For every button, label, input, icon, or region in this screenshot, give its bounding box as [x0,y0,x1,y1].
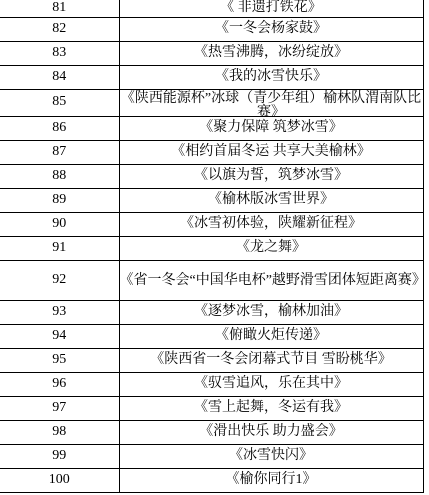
table-row: 91 《龙之舞》 [0,236,423,260]
row-title: 《省一冬会“中国华电杯”越野滑雪团体短距离赛》 [119,260,423,300]
row-title: 《榆你同行1》 [119,468,423,492]
row-number: 99 [0,444,119,468]
clipped-title-text: 《陕西能源杯”冰球（青少年组）榆林队渭南队比赛》 [120,90,423,116]
row-number: 91 [0,236,119,260]
row-number: 87 [0,140,119,164]
table-row: 96 《驭雪追风，乐在其中》 [0,372,423,396]
row-title: 《陕西省一冬会闭幕式节目 雪盼桃华》 [119,348,423,372]
table-row: 95 《陕西省一冬会闭幕式节目 雪盼桃华》 [0,348,423,372]
table-row: 88 《以旗为誓，筑梦冰雪》 [0,164,423,188]
row-title: 《逐梦冰雪，榆林加油》 [119,300,423,324]
table-row: 84 《我的冰雪快乐》 [0,65,423,89]
table-row: 87 《相约首届冬运 共享大美榆林》 [0,140,423,164]
row-number: 93 [0,300,119,324]
table-row: 100 《榆你同行1》 [0,468,423,492]
row-number: 81 [0,0,119,17]
row-title: 《相约首届冬运 共享大美榆林》 [119,140,423,164]
row-title: 《榆林版冰雪世界》 [119,188,423,212]
row-number: 83 [0,41,119,65]
table-row: 83 《热雪沸腾，冰纷绽放》 [0,41,423,65]
row-title: 《驭雪追风，乐在其中》 [119,372,423,396]
table-row: 97 《雪上起舞，冬运有我》 [0,396,423,420]
table-row: 89 《榆林版冰雪世界》 [0,188,423,212]
row-number: 89 [0,188,119,212]
row-title: 《热雪沸腾，冰纷绽放》 [119,41,423,65]
row-number: 100 [0,468,119,492]
row-number: 82 [0,17,119,41]
row-number: 90 [0,212,119,236]
row-number: 86 [0,116,119,140]
table-row: 81 《 非遗打铁花》 [0,0,423,17]
titles-table: 81 《 非遗打铁花》 82 《一冬会杨家鼓》 83 《热雪沸腾，冰纷绽放》 8… [0,0,424,493]
table-row: 94 《俯瞰火炬传递》 [0,324,423,348]
row-title: 《 非遗打铁花》 [119,0,423,17]
row-number: 97 [0,396,119,420]
row-number: 94 [0,324,119,348]
table-row: 92 《省一冬会“中国华电杯”越野滑雪团体短距离赛》 [0,260,423,300]
table-row: 90 《冰雪初体验，陕耀新征程》 [0,212,423,236]
row-title: 《龙之舞》 [119,236,423,260]
row-title: 《以旗为誓，筑梦冰雪》 [119,164,423,188]
row-title: 《俯瞰火炬传递》 [119,324,423,348]
table-row: 85 《陕西能源杯”冰球（青少年组）榆林队渭南队比赛》 [0,89,423,116]
row-number: 96 [0,372,119,396]
row-number: 95 [0,348,119,372]
row-number: 85 [0,89,119,116]
row-title: 《雪上起舞，冬运有我》 [119,396,423,420]
table-row: 99 《冰雪快闪》 [0,444,423,468]
row-title: 《陕西能源杯”冰球（青少年组）榆林队渭南队比赛》 [119,89,423,116]
row-title: 《冰雪快闪》 [119,444,423,468]
row-number: 88 [0,164,119,188]
table-row: 86 《聚力保障 筑梦冰雪》 [0,116,423,140]
row-number: 92 [0,260,119,300]
row-title: 《我的冰雪快乐》 [119,65,423,89]
table-row: 93 《逐梦冰雪，榆林加油》 [0,300,423,324]
row-number: 84 [0,65,119,89]
row-title: 《滑出快乐 助力盛会》 [119,420,423,444]
row-number: 98 [0,420,119,444]
row-title: 《聚力保障 筑梦冰雪》 [119,116,423,140]
row-title: 《一冬会杨家鼓》 [119,17,423,41]
table-row: 82 《一冬会杨家鼓》 [0,17,423,41]
table-row: 98 《滑出快乐 助力盛会》 [0,420,423,444]
row-title: 《冰雪初体验，陕耀新征程》 [119,212,423,236]
